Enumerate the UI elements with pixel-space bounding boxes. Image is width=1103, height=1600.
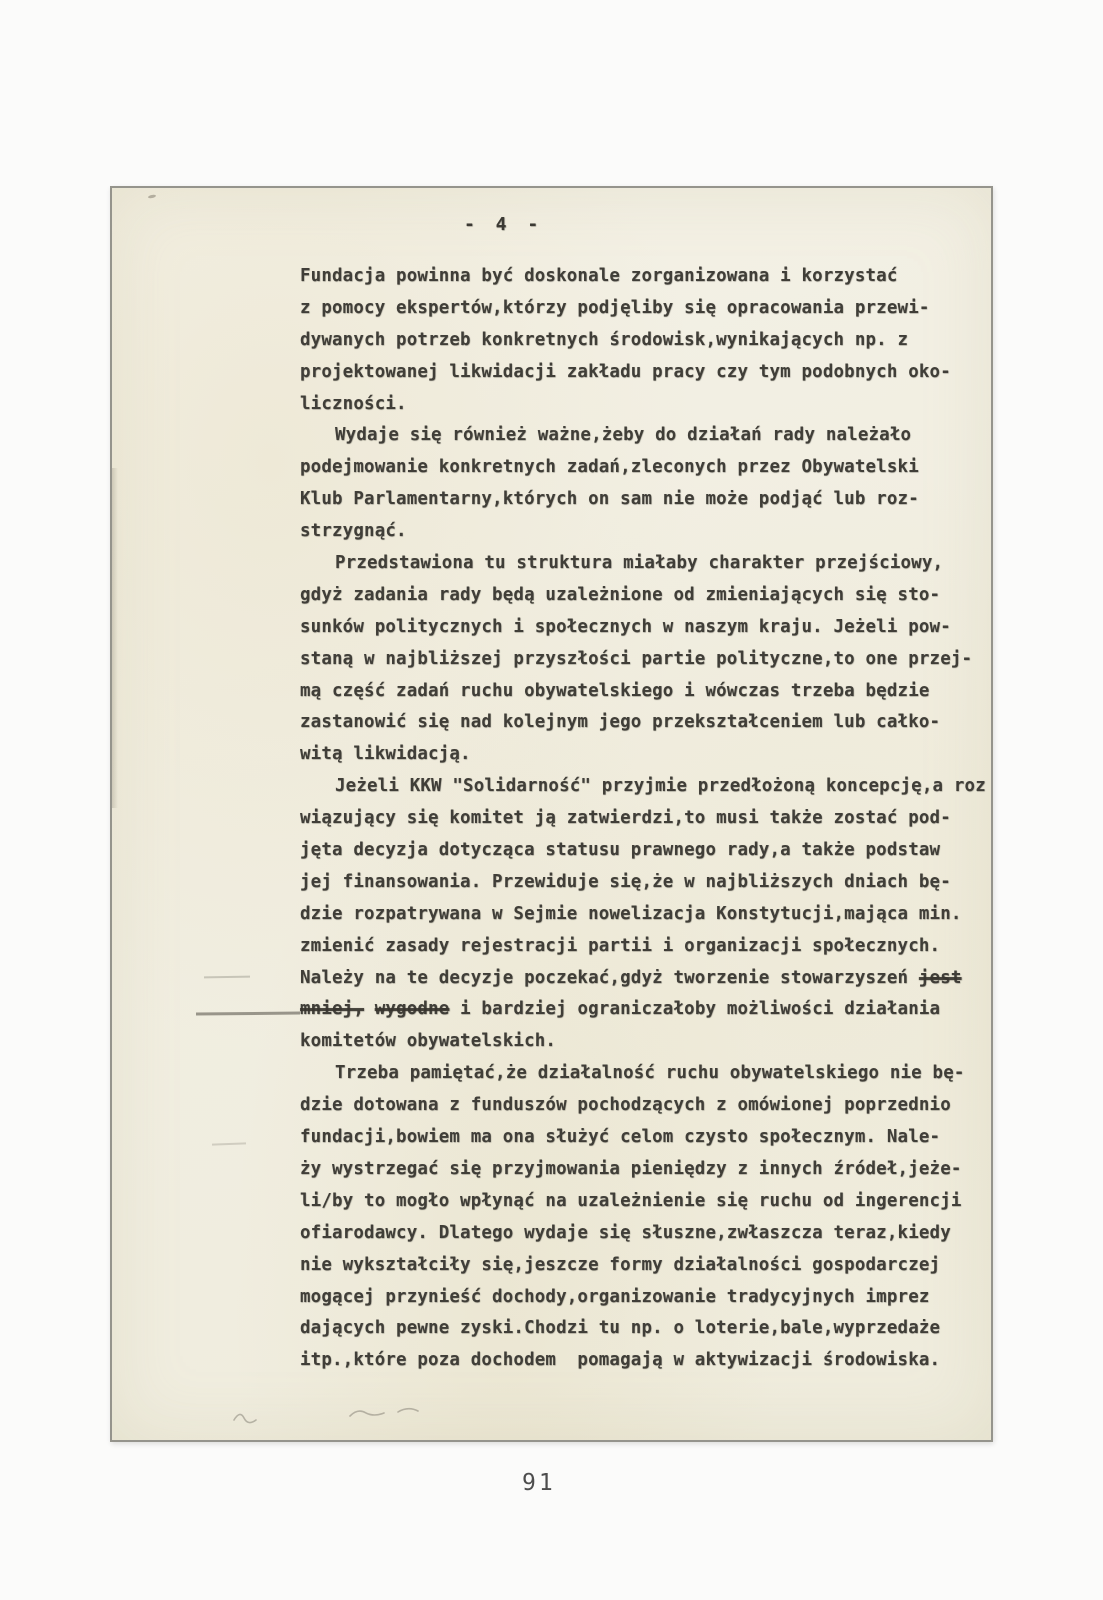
text-line: wiązujący się komitet ją zatwierdzi,to m… [300, 803, 1020, 835]
text-segment: projektowanej likwidacji zakładu pracy c… [300, 362, 951, 382]
text-line: z pomocy ekspertów,którzy podjęliby się … [300, 293, 1020, 325]
text-line: Przedstawiona tu struktura miałaby chara… [300, 548, 1020, 580]
text-segment: jęta decyzja dotycząca statusu prawnego … [300, 840, 940, 860]
text-line: zmienić zasady rejestracji partii i orga… [300, 931, 1020, 963]
text-line: li/by to mogło wpłynąć na uzależnienie s… [300, 1186, 1020, 1218]
text-line: itp.,które poza dochodem pomagają w akty… [300, 1345, 1020, 1377]
text-segment: mą część zadań ruchu obywatelskiego i wó… [300, 681, 930, 701]
page-header: - 4 - [464, 214, 543, 235]
text-line: sunków politycznych i społecznych w nasz… [300, 612, 1020, 644]
paragraph: Fundacja powinna być doskonale zorganizo… [300, 261, 1020, 420]
text-segment: dających pewne zyski.Chodzi tu np. o lot… [300, 1318, 940, 1338]
margin-mark [204, 976, 250, 979]
text-segment: zmienić zasady rejestracji partii i orga… [300, 936, 940, 956]
scan-smudge [148, 194, 156, 199]
text-segment: Należy na te decyzje poczekać,gdyż tworz… [300, 968, 919, 988]
text-line: dzie dotowana z funduszów pochodzących z… [300, 1090, 1020, 1122]
text-segment: podejmowanie konkretnych zadań,zleconych… [300, 457, 919, 477]
text-line: liczności. [300, 389, 1020, 421]
text-line: Wydaje się również ważne,żeby do działań… [300, 420, 1020, 452]
text-line: witą likwidacją. [300, 739, 1020, 771]
text-segment: nie wykształciły się,jeszcze formy dział… [300, 1255, 940, 1275]
text-line: Należy na te decyzje poczekać,gdyż tworz… [300, 963, 1020, 995]
text-segment: Klub Parlamentarny,których on sam nie mo… [300, 489, 919, 509]
text-segment [364, 999, 375, 1019]
book-page-number: 91 [522, 1470, 556, 1496]
text-segment: zastanowić się nad kolejnym jego przeksz… [300, 712, 940, 732]
text-segment: dzie rozpatrywana w Sejmie nowelizacja K… [300, 904, 962, 924]
paragraph: Trzeba pamiętać,że działalność ruchu oby… [300, 1058, 1020, 1377]
text-line: dzie rozpatrywana w Sejmie nowelizacja K… [300, 899, 1020, 931]
pencil-squiggle [230, 1402, 440, 1432]
struck-text: mniej, [300, 999, 364, 1019]
text-segment: mogącej przynieść dochody,organizowanie … [300, 1287, 930, 1307]
text-segment: liczności. [300, 394, 407, 414]
text-segment: li/by to mogło wpłynąć na uzależnienie s… [300, 1191, 962, 1211]
text-segment: strzygnąć. [300, 521, 407, 541]
text-segment: i bardziej ograniczałoby możliwości dzia… [449, 999, 940, 1019]
text-segment: dzie dotowana z funduszów pochodzących z… [300, 1095, 951, 1115]
text-line: Jeżeli KKW "Solidarność" przyjmie przedł… [300, 771, 1020, 803]
text-line: strzygnąć. [300, 516, 1020, 548]
text-segment: gdyż zadania rady będą uzależnione od zm… [300, 585, 940, 605]
text-line: jej finansowania. Przewiduje się,że w na… [300, 867, 1020, 899]
text-segment: staną w najbliższej przyszłości partie p… [300, 649, 972, 669]
text-segment: fundacji,bowiem ma ona służyć celom czys… [300, 1127, 940, 1147]
text-line: komitetów obywatelskich. [300, 1026, 1020, 1058]
text-line: Klub Parlamentarny,których on sam nie mo… [300, 484, 1020, 516]
text-line: Trzeba pamiętać,że działalność ruchu oby… [300, 1058, 1020, 1090]
text-line: podejmowanie konkretnych zadań,zleconych… [300, 452, 1020, 484]
document-text: Fundacja powinna być doskonale zorganizo… [300, 261, 1020, 1377]
text-segment: itp.,które poza dochodem pomagają w akty… [300, 1350, 940, 1370]
text-segment: Fundacja powinna być doskonale zorganizo… [300, 266, 898, 286]
text-segment: z pomocy ekspertów,którzy podjęliby się … [300, 298, 930, 318]
text-line: dających pewne zyski.Chodzi tu np. o lot… [300, 1313, 1020, 1345]
text-segment: Przedstawiona tu struktura miałaby chara… [335, 553, 943, 573]
text-segment: Jeżeli KKW "Solidarność" przyjmie przedł… [335, 776, 986, 796]
text-segment: Trzeba pamiętać,że działalność ruchu oby… [335, 1063, 965, 1083]
text-line: zastanowić się nad kolejnym jego przeksz… [300, 707, 1020, 739]
paragraph: Wydaje się również ważne,żeby do działań… [300, 420, 1020, 548]
text-line: dywanych potrzeb konkretnych środowisk,w… [300, 325, 1020, 357]
text-line: ży wystrzegać się przyjmowania pieniędzy… [300, 1154, 1020, 1186]
scanned-page: - 4 - Fundacja powinna być doskonale zor… [110, 186, 993, 1442]
text-line: mogącej przynieść dochody,organizowanie … [300, 1282, 1020, 1314]
text-segment: jej finansowania. Przewiduje się,że w na… [300, 872, 951, 892]
text-segment: Wydaje się również ważne,żeby do działań… [335, 425, 911, 445]
text-segment: sunków politycznych i społecznych w nasz… [300, 617, 951, 637]
text-line: gdyż zadania rady będą uzależnione od zm… [300, 580, 1020, 612]
text-line: mniej, wygodne i bardziej ograniczałoby … [300, 994, 1020, 1026]
text-line: staną w najbliższej przyszłości partie p… [300, 644, 1020, 676]
margin-mark [212, 1142, 246, 1145]
text-line: mą część zadań ruchu obywatelskiego i wó… [300, 676, 1020, 708]
text-line: fundacji,bowiem ma ona służyć celom czys… [300, 1122, 1020, 1154]
scan-edge-shade [112, 468, 118, 808]
paragraph: Jeżeli KKW "Solidarność" przyjmie przedł… [300, 771, 1020, 1058]
paragraph: Przedstawiona tu struktura miałaby chara… [300, 548, 1020, 771]
text-line: ofiarodawcy. Dlatego wydaje się słuszne,… [300, 1218, 1020, 1250]
text-segment: wiązujący się komitet ją zatwierdzi,to m… [300, 808, 951, 828]
text-line: nie wykształciły się,jeszcze formy dział… [300, 1250, 1020, 1282]
text-line: projektowanej likwidacji zakładu pracy c… [300, 357, 1020, 389]
text-segment: komitetów obywatelskich. [300, 1031, 556, 1051]
struck-text: wygodne [375, 999, 450, 1019]
text-segment: ofiarodawcy. Dlatego wydaje się słuszne,… [300, 1223, 951, 1243]
screenshot-root: { "colors": { "paper": "#f2efe2", "ink":… [0, 0, 1103, 1600]
text-segment: witą likwidacją. [300, 744, 471, 764]
text-line: jęta decyzja dotycząca statusu prawnego … [300, 835, 1020, 867]
text-line: Fundacja powinna być doskonale zorganizo… [300, 261, 1020, 293]
text-segment: dywanych potrzeb konkretnych środowisk,w… [300, 330, 908, 350]
struck-text: jest [919, 968, 962, 988]
strike-extension-mark [196, 1012, 300, 1015]
text-segment: ży wystrzegać się przyjmowania pieniędzy… [300, 1159, 962, 1179]
